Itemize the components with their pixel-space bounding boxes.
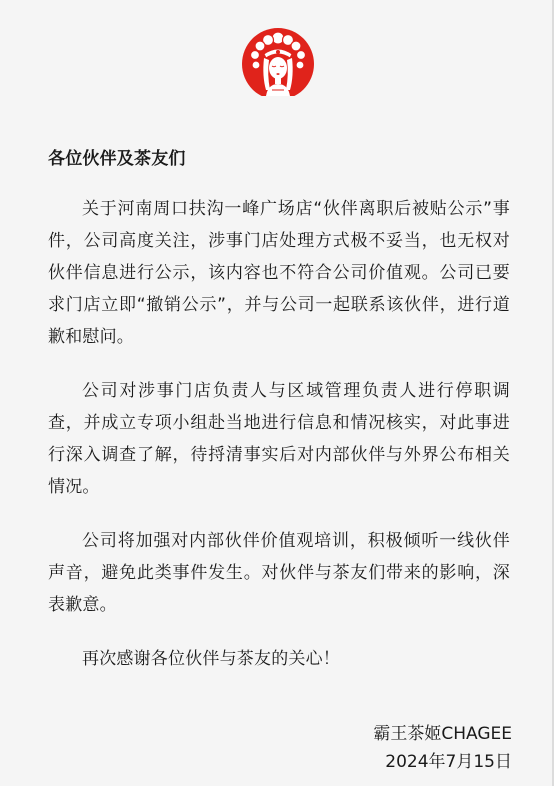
- brand-logo: [236, 24, 320, 108]
- announcement-letter: 各位伙伴及茶友们 关于河南周口扶沟一峰广场店“伙伴离职后被贴公示”事件，公司高度…: [48, 143, 510, 675]
- letter-paragraph-investigation: 公司对涉事门店负责人与区域管理负责人进行停职调查，并成立专项小组赴当地进行信息和…: [48, 375, 510, 503]
- signature-company: 霸王茶姬CHAGEE: [373, 720, 512, 748]
- letter-salutation: 各位伙伴及茶友们: [48, 143, 510, 175]
- peking-opera-woman-logo-icon: [236, 24, 320, 108]
- letter-closing: 再次感谢各位伙伴与茶友的关心！: [48, 643, 510, 675]
- letter-paragraph-incident: 关于河南周口扶沟一峰广场店“伙伴离职后被贴公示”事件，公司高度关注，涉事门店处理…: [48, 193, 510, 353]
- letter-paragraph-apology: 公司将加强对内部伙伴价值观培训，积极倾听一线伙伴声音，避免此类事件发生。对伙伴与…: [48, 525, 510, 621]
- signature-date: 2024年7月15日: [373, 748, 512, 776]
- letter-signature: 霸王茶姬CHAGEE 2024年7月15日: [373, 720, 512, 776]
